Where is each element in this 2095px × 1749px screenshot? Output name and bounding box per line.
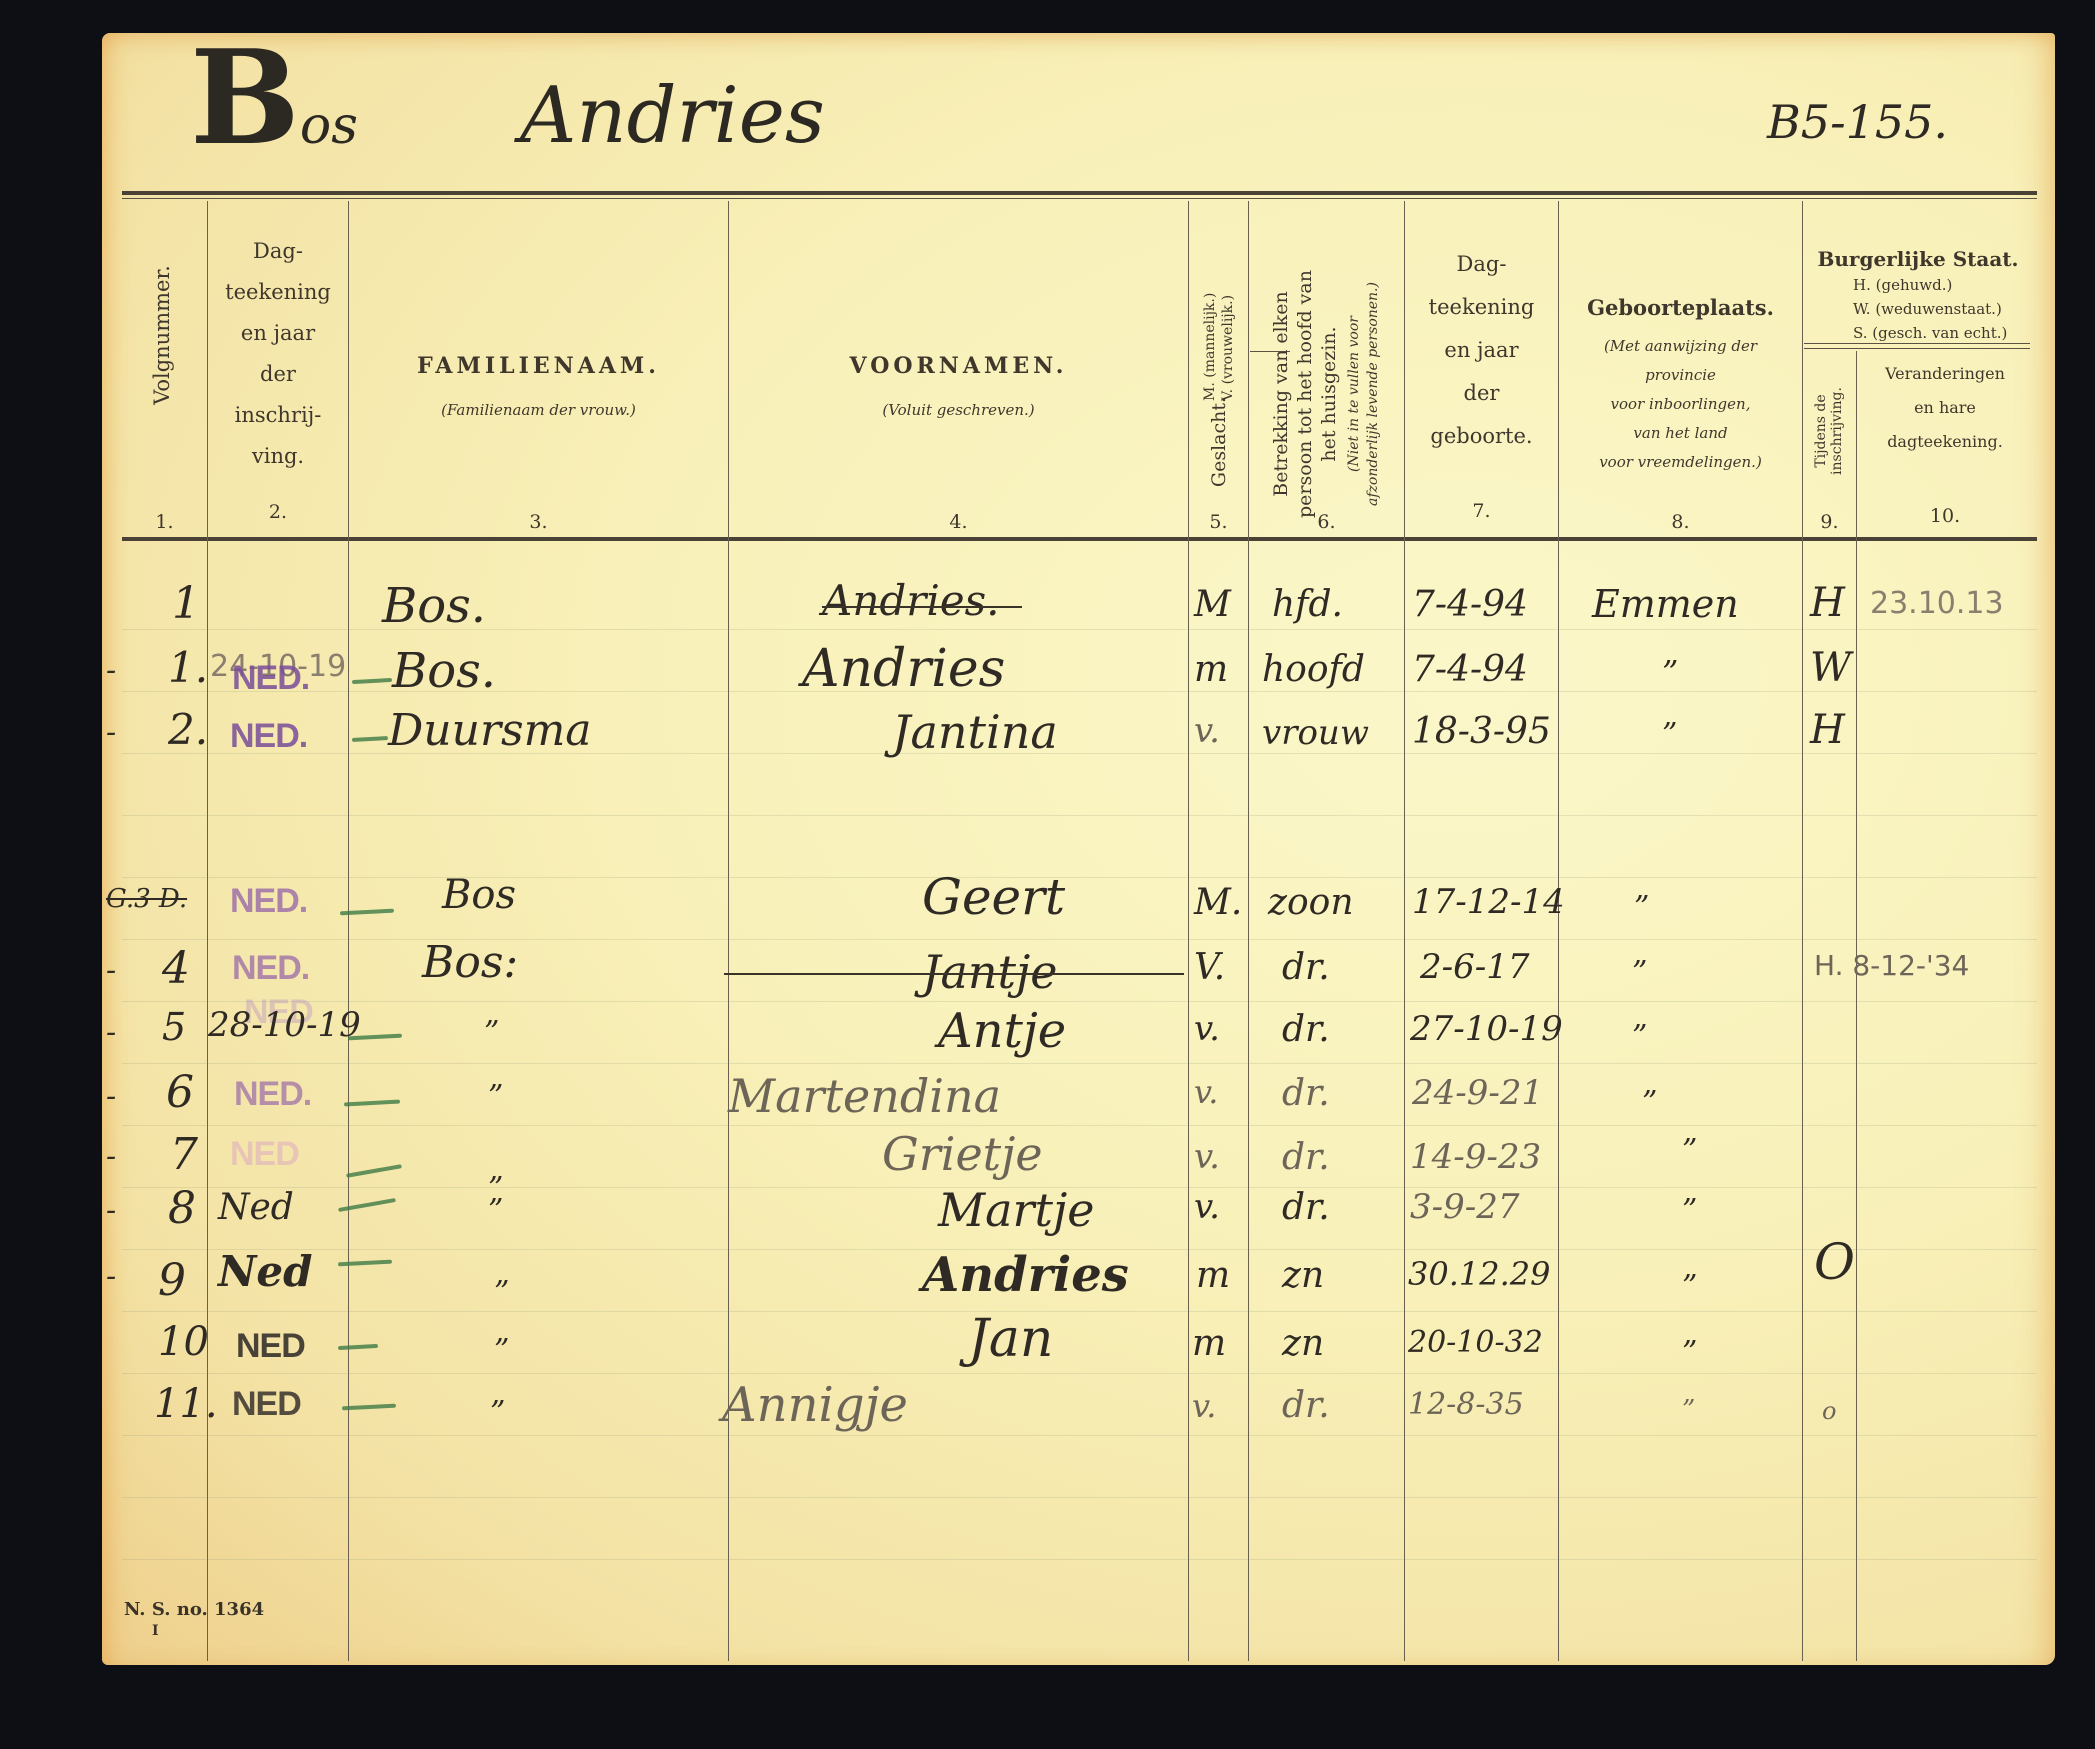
row-relation: zn [1282,1323,1324,1364]
row-nr: 6 [166,1067,194,1118]
header-line: der [1405,372,1558,415]
header-col9: Tijdens de inschrijving. 9. [1803,351,1856,537]
table-row: - 5 NED 28-10-19 ” Antje v. dr. 27-10-19… [102,1005,2055,1065]
row-sex: v. [1194,711,1220,751]
green-mark [352,678,392,684]
row-place: ” [1682,1193,1697,1228]
header-line: van het land [1559,419,1802,448]
strikethrough [724,973,1184,975]
ned-handwritten: Ned [218,1247,312,1296]
green-mark [352,736,388,742]
row-given: Andries [922,1247,1129,1303]
row-given: Antje [938,1003,1066,1059]
row-changes: H. 8-12-'34 [1814,949,1969,982]
row-relation: hoofd [1262,649,1365,690]
header-num: 1. [122,511,207,533]
row-sex: m [1194,649,1228,690]
row-birth: 3-9-27 [1410,1187,1520,1227]
row-given: Jantina [892,705,1058,759]
row-status: O [1814,1233,1855,1291]
row-birth: 30.12.29 [1408,1255,1551,1293]
row-relation: vrouw [1262,713,1369,753]
row-relation: dr. [1282,1385,1330,1426]
header-num: 9. [1803,511,1856,533]
row-place: ” [1632,1019,1647,1054]
row-family: Bos. [382,578,486,634]
green-mark [338,1198,396,1212]
header-line: en jaar [1405,329,1558,372]
header-top-rule-thin [122,198,2037,199]
header-line: persoon tot het hoofd van [1293,229,1317,559]
header-line: het huisgezin. [1317,229,1341,559]
green-mark [342,1404,396,1411]
header-num: 3. [349,511,728,533]
row-given: Grietje [882,1127,1043,1181]
row-birth: 24-9-21 [1412,1073,1543,1113]
header-line: voor inboorlingen, [1559,390,1802,419]
table-row: - 1. 24-10-19 NED. Bos. Andries m hoofd … [102,643,2055,703]
row-sex: v. [1194,1187,1220,1227]
ned-stamp: NED. [230,717,307,756]
row-status: H [1810,707,1845,753]
row-nr: 2. [168,705,208,754]
row-birth: 12-8-35 [1408,1387,1524,1422]
header-line: Dag- [1405,243,1558,286]
header-betrekking: Betrekking van elken persoon tot het hoo… [1269,229,1383,559]
header-tijdens: Tijdens de inschrijving. [1813,361,1845,501]
table-row: ” - 8 Ned ” Martje v. dr. 3-9-27 ” ” [102,1183,2055,1243]
row-relation: zn [1282,1255,1324,1296]
header-col4: VOORNAMEN. (Voluit geschreven.) 4. [729,203,1188,537]
header-col5: M. (mannelijk.) V. (vrouwelijk.) Geslach… [1189,203,1248,537]
header-line: provincie [1559,361,1802,390]
header-line: inschrij- [208,395,348,436]
header-note: (Niet in te vullen voor [1345,229,1364,559]
row-nr: 4 [162,943,190,994]
header-geboorteplaats: Geboorteplaats. [1559,295,1802,320]
row-nr: 1 [172,578,200,629]
strikethrough [822,606,1022,608]
row-family: ” [494,1275,509,1310]
header-top-rule [122,191,2037,195]
green-mark [338,1344,378,1350]
header-line: geboorte. [1405,415,1558,458]
header-line: (Met aanwijzing der [1559,332,1802,361]
registration-card: Bos Andries B5-155. Volgnummer. 1. Dag- … [102,33,2055,1665]
row-status: o [1822,1397,1836,1425]
table-row: - 9 Ned ” Andries m zn 30.12.29 ” O [102,1255,2055,1315]
row-place: ” [1642,1085,1657,1120]
ned-handwritten: Ned [218,1187,294,1228]
card-reference: B5-155. [1767,95,1948,149]
header-col1: Volgnummer. 1. [122,203,207,537]
row-relation: dr. [1282,1137,1330,1178]
row-birth: 7-4-94 [1412,584,1528,625]
row-place: ” [1682,1395,1695,1425]
ned-stamp: NED. [232,659,309,698]
row-birth: 2-6-17 [1420,947,1530,987]
surname-rest: os [300,96,358,156]
ned-stamp: NED. [234,1075,311,1114]
row-sex: M [1194,584,1231,625]
header-bottom-rule [122,537,2037,541]
header-num: 6. [1249,511,1404,533]
row-status: H [1810,580,1845,626]
green-mark [340,909,394,916]
green-mark [346,1164,402,1178]
row-place: Emmen [1592,582,1739,626]
row-family: ” [490,1395,505,1430]
row-given: Martendina [728,1069,1001,1123]
row-nr: 10 [158,1319,209,1365]
header-geslacht: Geslacht. [1208,352,1230,532]
row-birth: 20-10-32 [1408,1325,1543,1360]
row-place: ” [1662,653,1678,691]
legend-w: W. (weduwenstaat.) [1853,297,2033,321]
table-row: 1 Bos. Andries. M hfd. 7-4-94 Emmen H 23… [102,578,2055,638]
row-family: Bos: [422,937,518,988]
header-line: teekening [208,272,348,313]
row-given: Andries. [822,576,1000,625]
row-birth: 14-9-23 [1410,1137,1541,1177]
header-line: en jaar [208,313,348,354]
row-nr: 7 [170,1129,198,1180]
card-given-name: Andries [520,71,825,161]
green-mark [338,1260,392,1267]
header-line: ving. [208,436,348,477]
row-family: Bos. [392,643,496,699]
card-surname: Bos [190,33,358,163]
row-nr: G.3 D. [106,884,187,914]
row-sex: v. [1194,1073,1218,1111]
row-nr: 8 [168,1183,196,1234]
row-place: ” [1682,1133,1697,1168]
header-col2: Dag- teekening en jaar der inschrij- vin… [208,203,348,537]
header-col10: Veranderingen en hare dagteekening. 10. [1857,351,2033,537]
header-familienaam: FAMILIENAAM. [349,353,728,379]
row-relation: dr. [1282,1009,1330,1050]
table-row: 11. NED ” Annigje v. dr. 12-8-35 ” o [102,1385,2055,1445]
row-family: Bos [442,872,516,918]
header-line: en hare [1857,391,2033,425]
row-date: 28-10-19 [208,1005,361,1045]
row-family: ” [494,1333,509,1368]
header-voornamen-sub: (Voluit geschreven.) [729,401,1188,419]
ned-stamp: NED [232,1385,301,1424]
row-sex: M. [1194,882,1242,923]
row-given: Andries [802,639,1005,699]
header-line: Dag- [208,231,348,272]
row-sex: v. [1194,1009,1220,1049]
ned-stamp: NED [230,1135,299,1174]
green-mark [344,1100,400,1107]
surname-initial: B [190,21,300,174]
row-changes: 23.10.13 [1870,586,2004,621]
header-voornamen: VOORNAMEN. [729,353,1188,379]
row-sex: v. [1192,1387,1216,1425]
table-row: - 2. NED. Duursma Jantina v. vrouw 18-3-… [102,705,2055,765]
header-volgnummer: Volgnummer. [150,205,174,465]
row-given: Geert [922,868,1065,926]
row-place: ” [1682,1269,1697,1304]
table-row: - 6 NED. ” Martendina v. dr. 24-9-21 ” [102,1069,2055,1129]
row-sex: m [1196,1255,1230,1296]
row-place: ” [1634,890,1649,925]
ruled-line [122,815,2037,816]
header-line: voor vreemdelingen.) [1559,448,1802,477]
header-num: 7. [1405,490,1558,533]
row-birth: 18-3-95 [1412,711,1551,752]
header-line: Veranderingen [1857,357,2033,391]
header-burgerlijke-staat: Burgerlijke Staat. H. (gehuwd.) W. (wedu… [1803,203,2033,343]
header-num: 2. [208,492,348,533]
ned-stamp: NED. [230,882,307,921]
row-birth: 7-4-94 [1412,649,1528,690]
row-nr: 9 [158,1255,186,1306]
row-relation: dr. [1282,947,1330,988]
header-col6: Betrekking van elken persoon tot het hoo… [1249,203,1404,537]
row-relation: dr. [1282,1073,1330,1114]
row-family: ” [488,1079,503,1114]
header-col3: FAMILIENAAM. (Familienaam der vrouw.) 3. [349,203,728,537]
header-familienaam-sub: (Familienaam der vrouw.) [349,401,728,419]
table-row: G.3 D. NED. Bos Geert M. zoon 17-12-14 ” [102,878,2055,938]
row-family: ” [484,1015,499,1050]
form-number: N. S. no. 1364 [124,1599,264,1620]
header-col8: Geboorteplaats. (Met aanwijzing der prov… [1559,203,1802,537]
row-given: Jantje [922,945,1057,999]
ned-stamp: NED. [232,949,309,988]
table-row: 10 NED ” Jan m zn 20-10-32 ” [102,1323,2055,1383]
row-family: Duursma [388,705,592,756]
legend-s: S. (gesch. van echt.) [1853,321,2033,345]
row-relation: dr. [1282,1187,1330,1228]
row-sex: V. [1194,947,1225,988]
header-line: der [208,354,348,395]
row-birth: 17-12-14 [1412,882,1565,922]
header-num: 10. [1857,499,2033,533]
table-row: - 4 NED. Bos: Jantje V. dr. 2-6-17 ” H. … [102,943,2055,1003]
ruled-line [122,1559,2037,1560]
header-line: Betrekking van elken [1269,229,1293,559]
header-note: afzonderlijk levende personen.) [1364,229,1383,559]
row-relation: zoon [1268,882,1354,923]
header-col7: Dag- teekening en jaar der geboorte. 7. [1405,203,1558,537]
staat-rule [1804,348,2030,349]
header-staat-title: Burgerlijke Staat. [1803,247,2033,271]
row-given: Martje [938,1183,1095,1237]
row-family: ” [488,1193,503,1228]
row-sex: v. [1194,1137,1220,1177]
legend-h: H. (gehuwd.) [1853,273,2033,297]
header-num: 8. [1559,511,1802,533]
row-given: Jan [968,1309,1053,1369]
row-nr: 1. [168,643,208,692]
header-num: 5. [1189,511,1248,533]
row-sex: m [1192,1323,1226,1364]
header-line: teekening [1405,286,1558,329]
row-place: ” [1682,1335,1697,1370]
header-num: 4. [729,511,1188,533]
row-nr: 11. [154,1381,218,1427]
row-place: ” [1662,717,1677,752]
row-given: Annigje [722,1377,908,1433]
ned-stamp: NED [236,1327,305,1366]
row-relation: hfd. [1272,584,1343,625]
row-nr: 5 [162,1005,186,1049]
row-status: W [1810,645,1851,691]
header-line: dagteekening. [1857,425,2033,459]
form-sub: I [152,1623,159,1639]
row-birth: 27-10-19 [1410,1009,1563,1049]
ruled-line [122,939,2037,940]
row-place: ” [1632,955,1647,990]
ruled-line [122,1497,2037,1498]
